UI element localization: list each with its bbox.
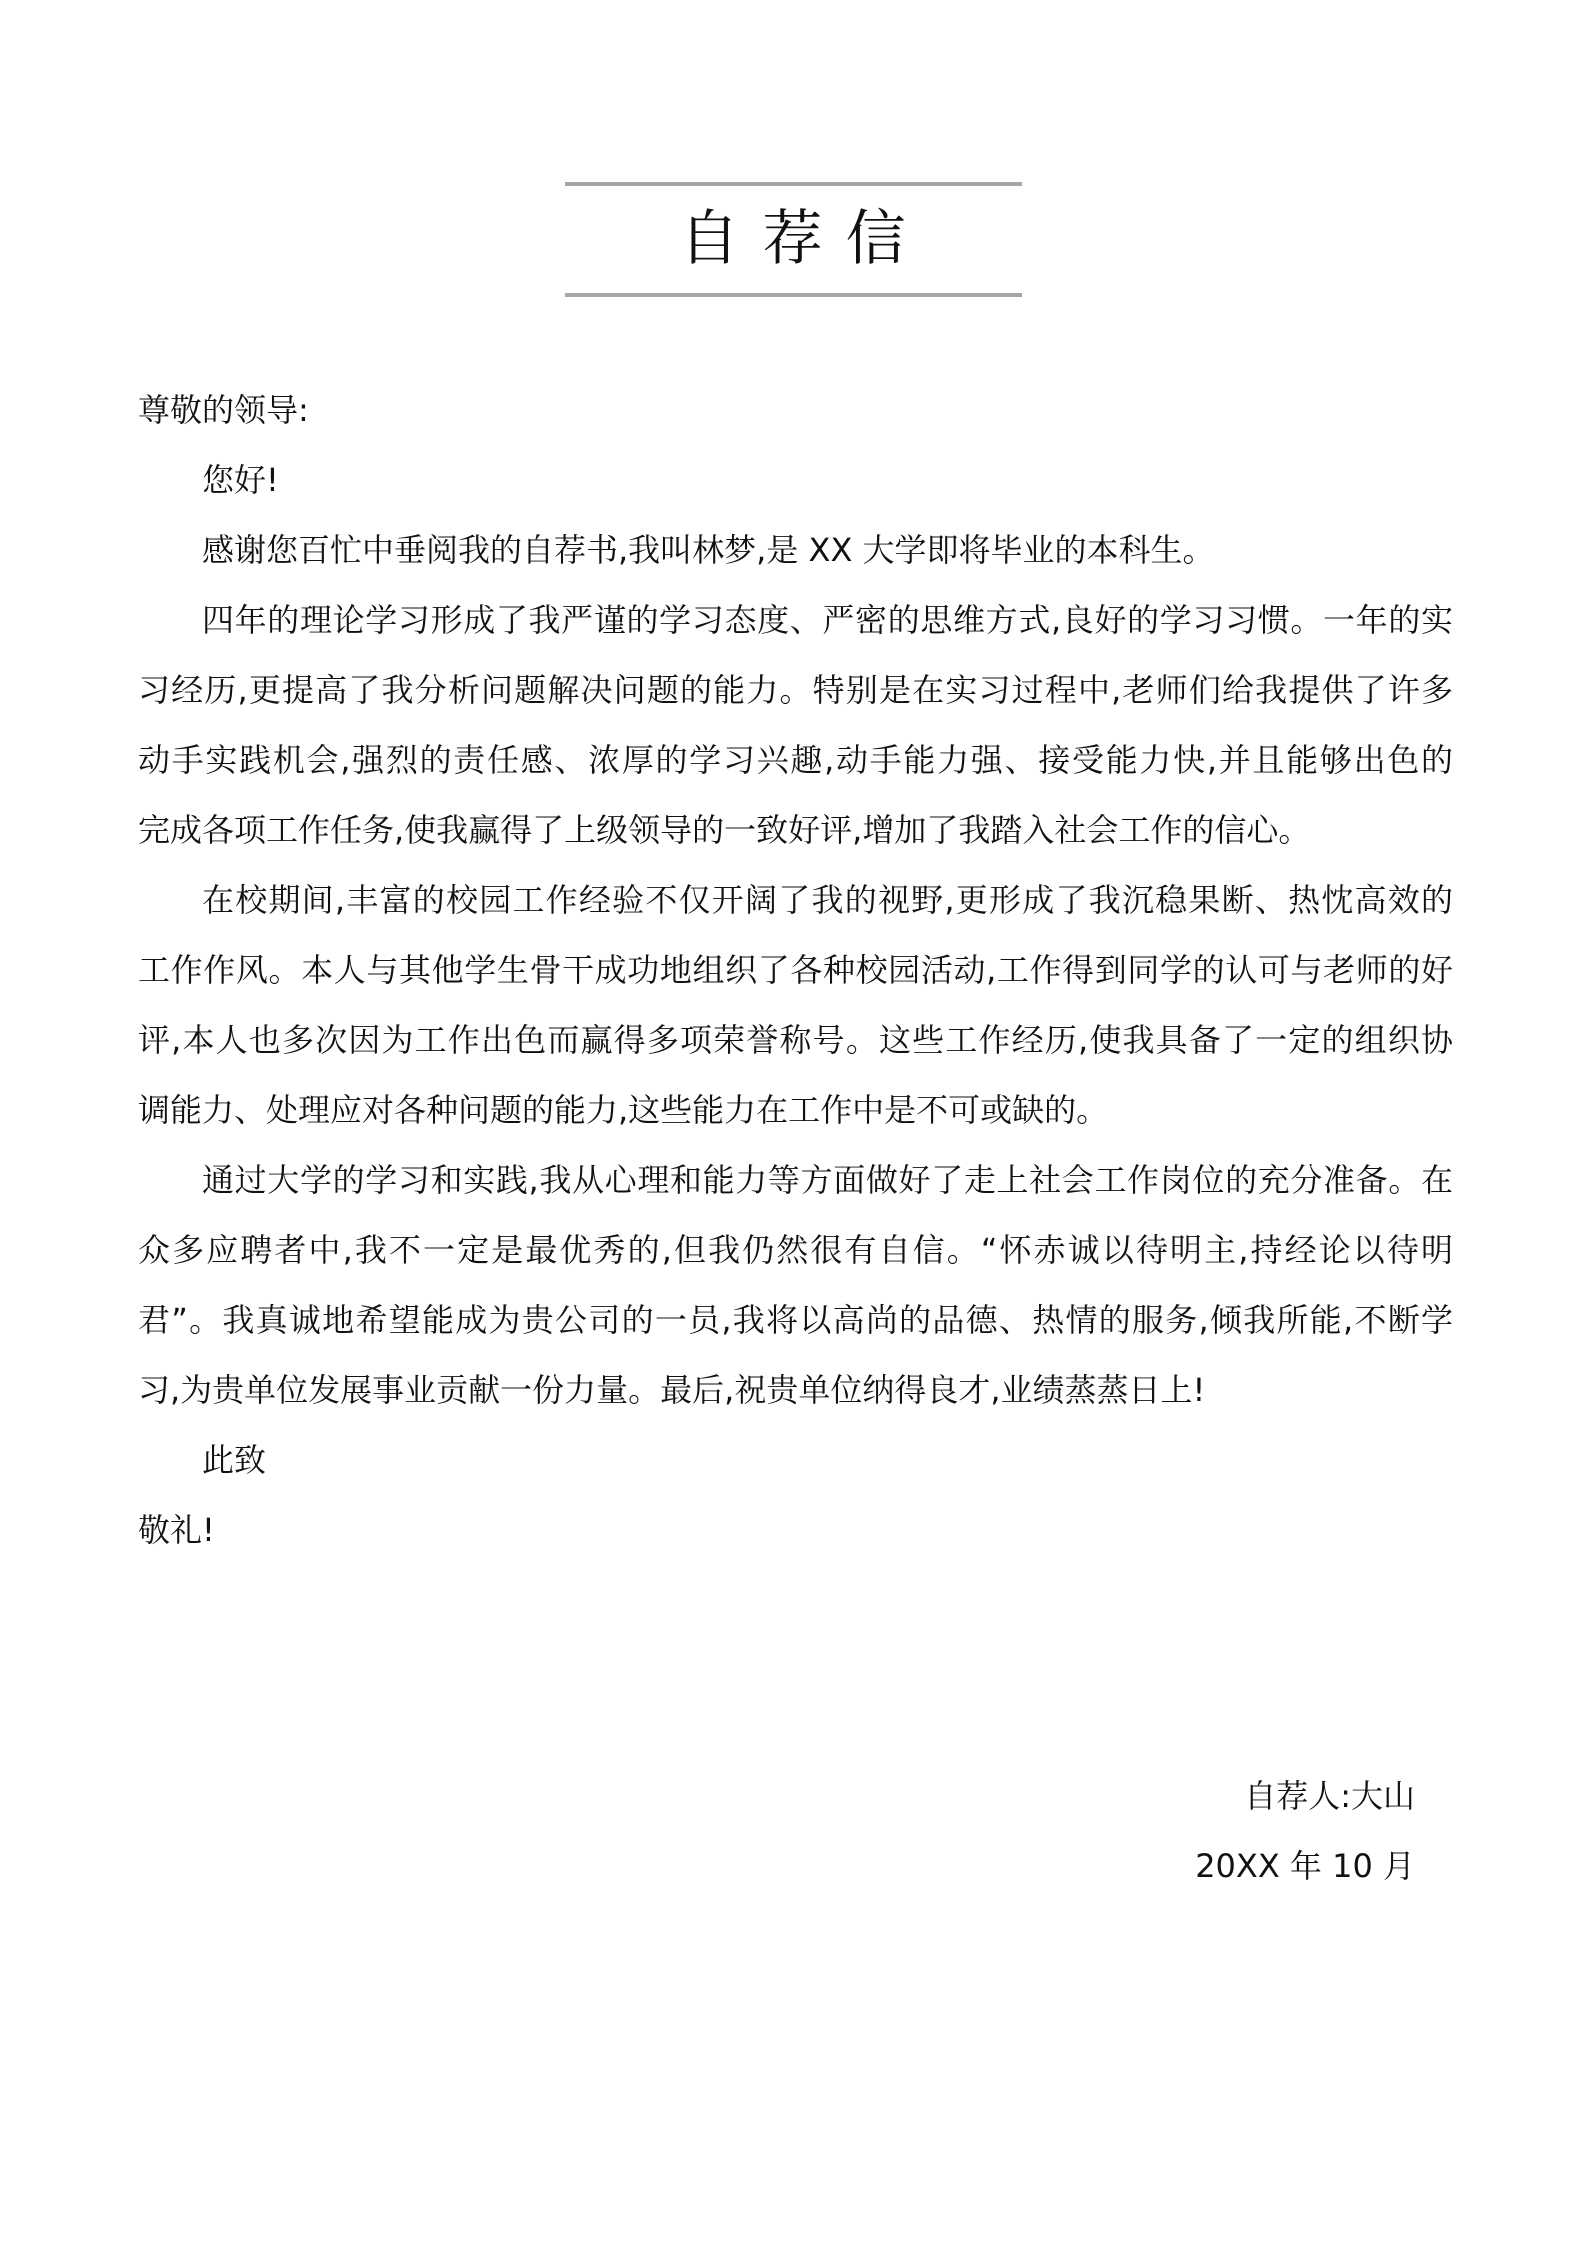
letter-line: 尊敬的领导: <box>138 375 1453 445</box>
letter-line: 习,为贵单位发展事业贡献一份力量。最后,祝贵单位纳得良才,业绩蒸蒸日上! <box>138 1355 1453 1425</box>
letter-line: 在校期间,丰富的校园工作经验不仅开阔了我的视野,更形成了我沉稳果断、热忱高效的 <box>138 865 1453 935</box>
signature-signer: 自荐人:大山 <box>0 1761 1415 1831</box>
title-block: 自 荐 信 <box>565 182 1022 297</box>
letter-line: 评,本人也多次因为工作出色而赢得多项荣誉称号。这些工作经历,使我具备了一定的组织… <box>138 1005 1453 1075</box>
signature-date: 20XX 年 10 月 <box>0 1831 1415 1901</box>
letter-line: 感谢您百忙中垂阅我的自荐书,我叫林梦,是 XX 大学即将毕业的本科生。 <box>138 515 1453 585</box>
letter-line: 调能力、处理应对各种问题的能力,这些能力在工作中是不可或缺的。 <box>138 1075 1453 1145</box>
letter-line: 敬礼! <box>138 1495 1453 1565</box>
letter-line: 习经历,更提高了我分析问题解决问题的能力。特别是在实习过程中,老师们给我提供了许… <box>138 655 1453 725</box>
letter-line: 众多应聘者中,我不一定是最优秀的,但我仍然很有自信。“怀赤诚以待明主,持经论以待… <box>138 1215 1453 1285</box>
letter-line: 通过大学的学习和实践,我从心理和能力等方面做好了走上社会工作岗位的充分准备。在 <box>138 1145 1453 1215</box>
letter-line: 完成各项工作任务,使我赢得了上级领导的一致好评,增加了我踏入社会工作的信心。 <box>138 795 1453 865</box>
letter-line: 君”。我真诚地希望能成为贵公司的一员,我将以高尚的品德、热情的服务,倾我所能,不… <box>138 1285 1453 1355</box>
letter-line: 动手实践机会,强烈的责任感、浓厚的学习兴趣,动手能力强、接受能力快,并且能够出色… <box>138 725 1453 795</box>
letter-line: 您好! <box>138 445 1453 515</box>
letter-line: 此致 <box>138 1425 1453 1495</box>
letter-body: 尊敬的领导:您好!感谢您百忙中垂阅我的自荐书,我叫林梦,是 XX 大学即将毕业的… <box>138 375 1453 1565</box>
letter-line: 工作作风。本人与其他学生骨干成功地组织了各种校园活动,工作得到同学的认可与老师的… <box>138 935 1453 1005</box>
letter-page: 自 荐 信 尊敬的领导:您好!感谢您百忙中垂阅我的自荐书,我叫林梦,是 XX 大… <box>0 0 1587 2245</box>
signature-block: 自荐人:大山 20XX 年 10 月 <box>0 1761 1415 1901</box>
page-title: 自 荐 信 <box>565 186 1022 293</box>
letter-line: 四年的理论学习形成了我严谨的学习态度、严密的思维方式,良好的学习习惯。一年的实 <box>138 585 1453 655</box>
